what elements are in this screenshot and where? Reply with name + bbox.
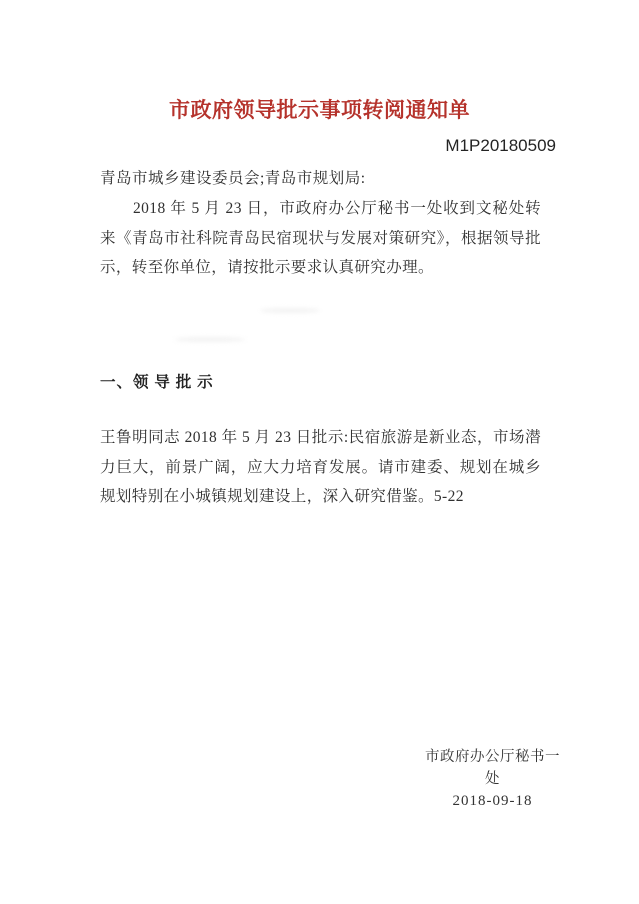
- document-number: M1P20180509: [100, 136, 556, 156]
- recipients-line: 青岛市城乡建设委员会;青岛市规划局:: [100, 166, 556, 188]
- intro-paragraph: 2018 年 5 月 23 日，市政府办公厅秘书一处收到文秘处转来《青岛市社科院…: [100, 194, 541, 283]
- signature-office: 市政府办公厅秘书一处: [420, 746, 565, 790]
- scan-artifact-smudge: [175, 337, 245, 342]
- notice-document-page: 市政府领导批示事项转阅通知单 M1P20180509 青岛市城乡建设委员会;青岛…: [0, 0, 639, 904]
- leader-instruction-paragraph: 王鲁明同志 2018 年 5 月 23 日批示:民宿旅游是新业态，市场潜力巨大，…: [100, 423, 541, 512]
- section-heading-leader-instructions: 一、领 导 批 示: [100, 370, 556, 392]
- scan-artifact-smudge: [260, 308, 320, 313]
- signature-date: 2018-09-18: [420, 790, 565, 812]
- document-title: 市政府领导批示事项转阅通知单: [0, 94, 639, 124]
- signature-block: 市政府办公厅秘书一处 2018-09-18: [420, 746, 565, 812]
